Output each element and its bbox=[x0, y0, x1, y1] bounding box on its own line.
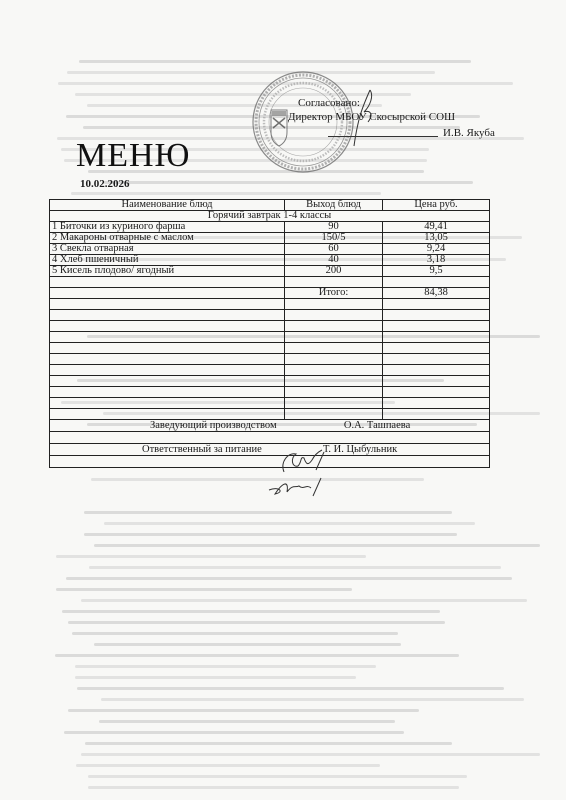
approval-label: Согласовано: bbox=[298, 97, 360, 110]
dish-yield: 90 bbox=[285, 222, 383, 233]
nutrition-cell: Ответственный за питание Т. И. Цыбульник bbox=[50, 444, 490, 456]
signature-row: Заведующий производством О.А. Ташпаева bbox=[50, 420, 490, 432]
empty-row bbox=[50, 456, 490, 468]
dish-yield: 200 bbox=[285, 266, 383, 277]
empty-row bbox=[50, 409, 490, 420]
approval-name: И.В. Якуба bbox=[443, 127, 495, 140]
empty-row bbox=[50, 332, 490, 343]
approval-signature-line bbox=[328, 136, 438, 137]
dish-price: 13,05 bbox=[383, 233, 490, 244]
table-row: 4 Хлеб пшеничный 40 3,18 bbox=[50, 255, 490, 266]
empty-row bbox=[50, 299, 490, 310]
total-value: 84,38 bbox=[383, 288, 490, 299]
header-yield: Выход блюд bbox=[285, 200, 383, 211]
dish-price: 9,24 bbox=[383, 244, 490, 255]
dish-name: 5 Кисель плодово/ ягодный bbox=[50, 266, 285, 277]
empty-row bbox=[50, 354, 490, 365]
empty-row bbox=[50, 343, 490, 354]
empty-row bbox=[50, 310, 490, 321]
dish-name: 2 Макароны отварные с маслом bbox=[50, 233, 285, 244]
dish-name: 4 Хлеб пшеничный bbox=[50, 255, 285, 266]
empty-row bbox=[50, 387, 490, 398]
header-price: Цена руб. bbox=[383, 200, 490, 211]
empty-row bbox=[50, 365, 490, 376]
page-title: МЕНЮ bbox=[76, 137, 191, 175]
nutrition-label: Ответственный за питание bbox=[142, 444, 262, 455]
table-row: 1 Биточки из куриного фарша 90 49,41 bbox=[50, 222, 490, 233]
dish-yield: 150/5 bbox=[285, 233, 383, 244]
nutrition-name: Т. И. Цыбульник bbox=[323, 444, 397, 455]
empty-row bbox=[50, 277, 490, 288]
dish-price: 49,41 bbox=[383, 222, 490, 233]
table-header-row: Наименование блюд Выход блюд Цена руб. bbox=[50, 200, 490, 211]
dish-yield: 40 bbox=[285, 255, 383, 266]
empty-row bbox=[50, 376, 490, 387]
production-head-name: О.А. Ташпаева bbox=[344, 420, 410, 431]
section-row: Горячий завтрак 1-4 классы bbox=[50, 211, 490, 222]
header-dish-name: Наименование блюд bbox=[50, 200, 285, 211]
dish-price: 9,5 bbox=[383, 266, 490, 277]
table-row: 5 Кисель плодово/ ягодный 200 9,5 bbox=[50, 266, 490, 277]
menu-date: 10.02.2026 bbox=[80, 178, 130, 190]
dish-price: 3,18 bbox=[383, 255, 490, 266]
approval-position: Директор МБОУ Скосырской СОШ bbox=[288, 111, 455, 124]
section-title: Горячий завтрак 1-4 классы bbox=[50, 211, 490, 222]
table-row: 2 Макароны отварные с маслом 150/5 13,05 bbox=[50, 233, 490, 244]
document-page: Согласовано: Директор МБОУ Скосырской СО… bbox=[0, 0, 566, 800]
dish-name: 3 Свекла отварная bbox=[50, 244, 285, 255]
dish-yield: 60 bbox=[285, 244, 383, 255]
production-head-cell: Заведующий производством О.А. Ташпаева bbox=[50, 420, 490, 432]
production-head-label: Заведующий производством bbox=[150, 420, 277, 431]
dish-name: 1 Биточки из куриного фарша bbox=[50, 222, 285, 233]
menu-table: Наименование блюд Выход блюд Цена руб. Г… bbox=[49, 199, 490, 468]
empty-row bbox=[50, 432, 490, 444]
signature-row: Ответственный за питание Т. И. Цыбульник bbox=[50, 444, 490, 456]
empty-row bbox=[50, 398, 490, 409]
empty-row bbox=[50, 321, 490, 332]
total-row: Итого: 84,38 bbox=[50, 288, 490, 299]
total-label: Итого: bbox=[285, 288, 383, 299]
table-row: 3 Свекла отварная 60 9,24 bbox=[50, 244, 490, 255]
